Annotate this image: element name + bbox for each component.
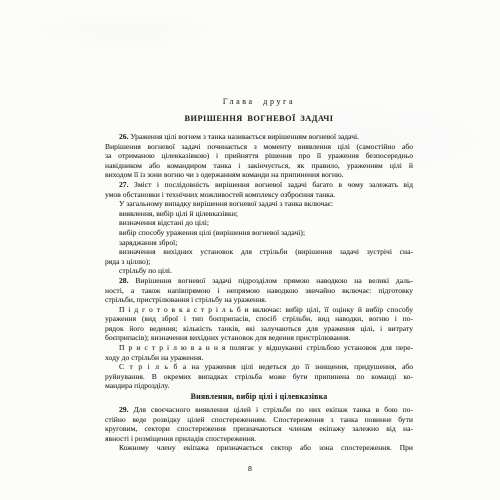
body-text-block-1: 26. Ураження цілі вогнем з танка називає… — [105, 132, 413, 391]
section-title: ВИРІШЕННЯ ВОГНЕВОЇ ЗАДАЧІ — [105, 114, 413, 123]
subsection-heading: Виявлення, вибір цілі і цілевказівка — [105, 392, 413, 401]
text-line: мандира підрозділу. — [105, 381, 413, 391]
text-line: руйнування. В окремих випадках стрільба … — [105, 372, 413, 382]
text-line: визначення вихідних установок для стріль… — [105, 247, 413, 257]
text-line: рядок його ведення; кількість танків, як… — [105, 324, 413, 334]
text-line: У загальному випадку вирішення вогневої … — [105, 199, 413, 209]
text-line: стійно веде розвідку цілей спостереження… — [105, 415, 413, 425]
text-line: ходу до стрільби на ураження. — [105, 353, 413, 363]
text-line: ряда з ціллю); — [105, 257, 413, 267]
text-line: ураження (вид зброї і тип боєприпасів, с… — [105, 314, 413, 324]
text-line: умов обстановки і технічних можливостей … — [105, 190, 413, 200]
text-line: виходом її із зони вогню чи з одержанням… — [105, 170, 413, 180]
text-line: визначення відстані до цілі; — [105, 218, 413, 228]
text-line: вибір способу ураження цілі (вирішення в… — [105, 228, 413, 238]
body-text-block-2: 29. Для своєчасного виявлення цілей і ст… — [105, 405, 413, 453]
text-line: заряджання зброї; — [105, 238, 413, 248]
text-line: С т р і л ь б а на ураження цілі ведетьс… — [105, 362, 413, 372]
text-line: 26. Ураження цілі вогнем з танка називає… — [105, 132, 413, 142]
text-line: круговим, сектори спостереження признача… — [105, 424, 413, 434]
text-line: ності, а також напівпрямою і непрямою на… — [105, 286, 413, 296]
text-line: виявлення, вибір цілі й цілевказівки; — [105, 209, 413, 219]
text-line: П р и с т р і л ю в а н н я полягає у ві… — [105, 343, 413, 353]
paragraph-number: 27. — [119, 180, 129, 189]
paragraph-number: 28. — [119, 276, 129, 285]
text-line: П і д г о т о в к а с т р і л ь б и вклю… — [105, 305, 413, 315]
paragraph-number: 29. — [119, 405, 129, 414]
text-line: Кожному члену екіпажа призначається сект… — [105, 443, 413, 453]
text-line: 29. Для своєчасного виявлення цілей і ст… — [105, 405, 413, 415]
text-line: 28. Вирішення вогневої задачі підрозділо… — [105, 276, 413, 286]
text-line: боєприпасів); визначення вихідних устано… — [105, 333, 413, 343]
text-line: 27. Зміст і послідовність вирішення вогн… — [105, 180, 413, 190]
page-number: 8 — [0, 464, 500, 473]
text-line: стрільбу по цілі. — [105, 266, 413, 276]
paragraph-number: 26. — [119, 132, 129, 141]
text-line: Вирішення вогневої задачі починається з … — [105, 142, 413, 152]
chapter-heading: Глава друга — [105, 97, 413, 106]
document-page: Глава друга ВИРІШЕННЯ ВОГНЕВОЇ ЗАДАЧІ 26… — [0, 0, 500, 500]
text-line: навідником або командиром танка і закінч… — [105, 161, 413, 171]
text-line: явності і розміщення приладів спостереже… — [105, 434, 413, 444]
text-line: стрільби, пристрілювання і стрільбу на у… — [105, 295, 413, 305]
text-line: за отриманою цілевказівкою) і прийняття … — [105, 151, 413, 161]
